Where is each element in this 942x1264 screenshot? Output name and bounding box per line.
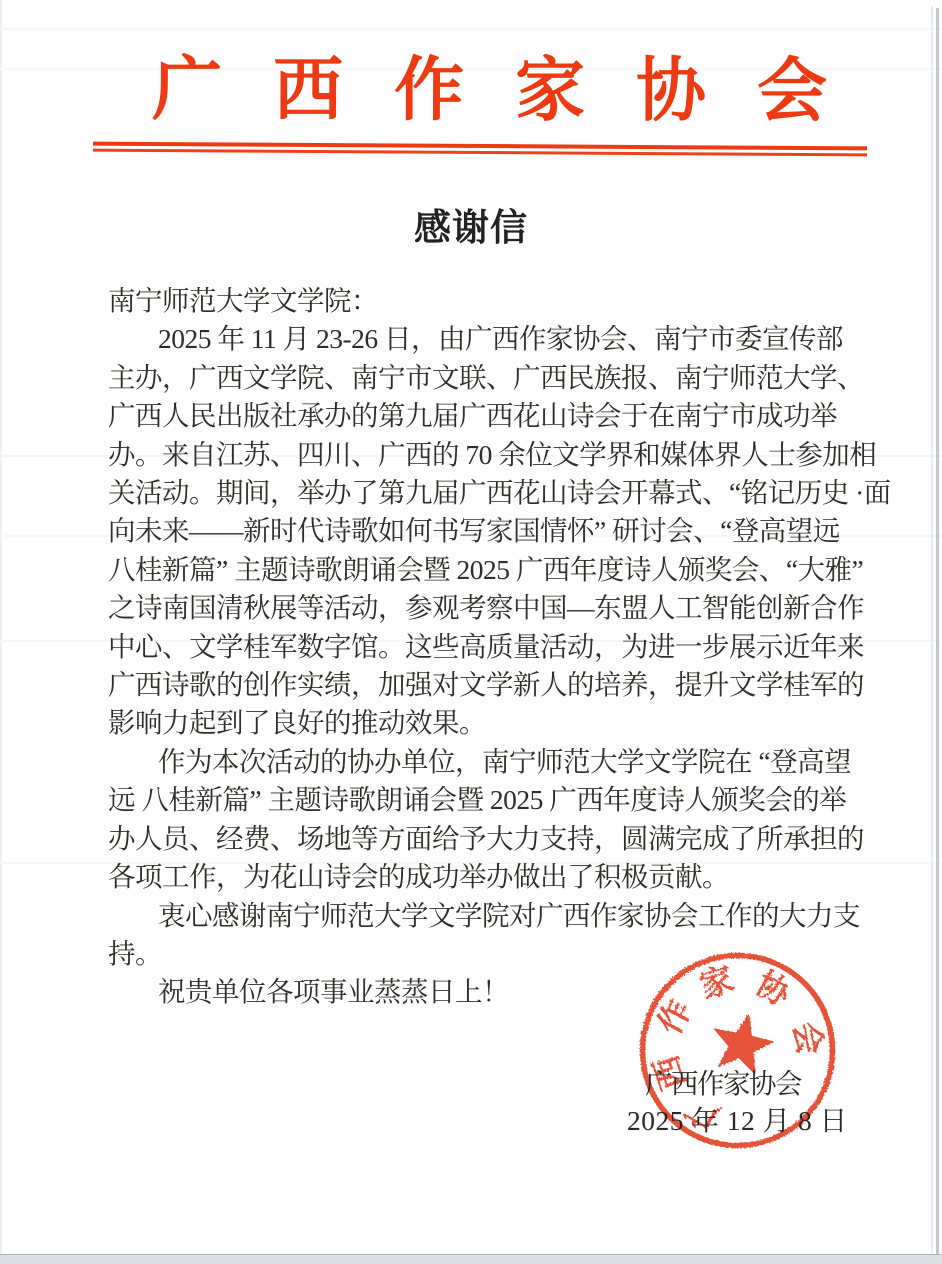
letter-title: 感谢信 bbox=[0, 197, 942, 251]
body-line: 广西诗歌的创作实绩，加强对文学新人的培养，提升文学桂军的 bbox=[108, 666, 853, 704]
signature-org: 广西作家协会 bbox=[645, 1061, 895, 1101]
body-line: 办人员、经费、场地等方面给予大力支持，圆满完成了所承担的 bbox=[108, 820, 853, 858]
body-line: 中心、文学桂军数字馆。这些高质量活动，为进一步展示近年来 bbox=[108, 628, 853, 666]
body-line: 主办，广西文学院、南宁市文联、广西民族报、南宁师范大学、 bbox=[108, 359, 853, 397]
scan-streak bbox=[0, 28, 942, 30]
scan-edge-left bbox=[0, 0, 2, 1264]
body-line: 南宁师范大学文学院： bbox=[108, 282, 853, 320]
body-line: 之诗南国清秋展等活动，参观考察中国—东盟人工智能创新合作 bbox=[108, 589, 853, 627]
letterhead-divider-rule bbox=[93, 142, 867, 157]
body-line: 广西人民出版社承办的第九届广西花山诗会于在南宁市成功举 bbox=[108, 397, 853, 435]
scanned-letter-page: 广西作家协会 感谢信 南宁师范大学文学院： 2025 年 11 月 23-26 … bbox=[0, 0, 942, 1264]
body-line: 远 八桂新篇” 主题诗歌朗诵会暨 2025 广西年度诗人颁奖会的举 bbox=[108, 781, 853, 819]
signature-date: 2025 年 12 月 8 日 bbox=[627, 1098, 887, 1138]
seal-char: 家 bbox=[696, 961, 738, 1006]
body-line: 影响力起到了良好的推动效果。 bbox=[108, 704, 853, 742]
body-line: 八桂新篇” 主题诗歌朗诵会暨 2025 广西年度诗人颁奖会、“大雅” bbox=[108, 551, 853, 589]
body-line: 衷心感谢南宁师范大学文学院对广西作家协会工作的大力支 bbox=[108, 897, 853, 935]
letter-body: 南宁师范大学文学院： 2025 年 11 月 23-26 日，由广西作家协会、南… bbox=[108, 282, 853, 1012]
scan-bottom-band bbox=[0, 1254, 942, 1264]
letterhead-org-name: 广西作家协会 bbox=[152, 53, 878, 131]
scan-edge-right-faint bbox=[931, 6, 933, 1256]
seal-char: 会 bbox=[786, 1019, 828, 1058]
scan-edge-right bbox=[936, 8, 939, 1256]
body-line: 作为本次活动的协办单位，南宁师范大学文学院在 “登高望 bbox=[108, 743, 853, 781]
body-line: 关活动。期间，举办了第九届广西花山诗会开幕式、“铭记历史 ·面 bbox=[108, 474, 853, 512]
body-line: 向未来——新时代诗歌如何书写家国情怀” 研讨会、“登高望远 bbox=[108, 512, 853, 550]
body-line: 各项工作，为花山诗会的成功举办做出了积极贡献。 bbox=[108, 858, 853, 896]
body-line: 办。来自江苏、四川、广西的 70 余位文学界和媒体界人士参加相 bbox=[108, 436, 853, 474]
body-line: 2025 年 11 月 23-26 日，由广西作家协会、南宁市委宣传部 bbox=[108, 320, 853, 358]
